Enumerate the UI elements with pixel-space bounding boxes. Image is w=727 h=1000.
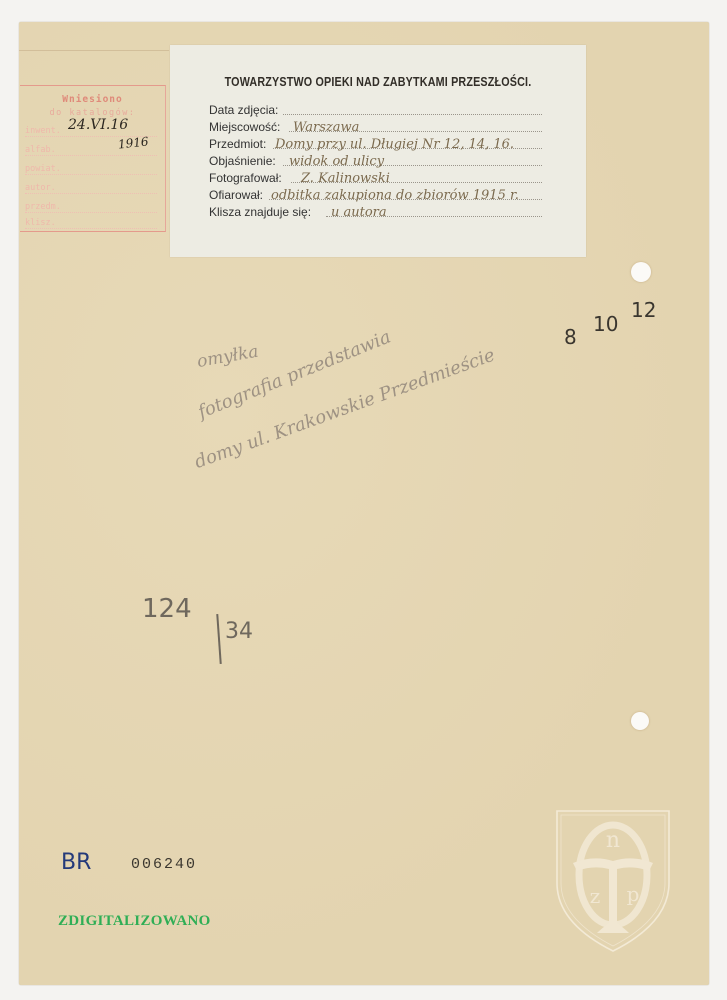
field-label: Przedmiot: bbox=[209, 137, 266, 151]
stamp-row-klisz: klisz. bbox=[25, 218, 157, 229]
field-photographer: Fotografował: Z. Kalinowski bbox=[209, 170, 542, 187]
house-number-8: 8 bbox=[564, 325, 577, 349]
stamp-row-przedm: przedm. bbox=[25, 202, 157, 213]
stamp-title: Wniesiono bbox=[20, 94, 165, 105]
svg-text:z: z bbox=[590, 884, 601, 908]
field-value: Domy przy ul. Długiej Nr 12, 14, 16. bbox=[275, 137, 514, 152]
field-negative-location: Klisza znajduje się: u autora bbox=[209, 204, 542, 221]
catalogue-card: Wniesiono do katalogów: inwent. alfab. p… bbox=[19, 22, 709, 985]
fold-line bbox=[19, 50, 169, 51]
stamp-row-autor: autor. bbox=[25, 183, 157, 194]
field-label: Objaśnienie: bbox=[209, 154, 276, 168]
punch-hole-top bbox=[631, 262, 651, 282]
field-label: Miejscowość: bbox=[209, 120, 280, 134]
field-value: Warszawa bbox=[293, 120, 359, 135]
label-heading: TOWARZYSTWO OPIEKI NAD ZABYTKAMI PRZESZŁ… bbox=[199, 75, 557, 89]
archive-number-sub: 34 bbox=[225, 619, 253, 644]
field-photo-date: Data zdjęcia: bbox=[209, 102, 542, 119]
catalogue-stamp: Wniesiono do katalogów: inwent. alfab. p… bbox=[20, 85, 166, 232]
field-value: u autora bbox=[331, 205, 387, 220]
archive-number-main: 124 bbox=[142, 594, 192, 624]
field-subject: Przedmiot: Domy przy ul. Długiej Nr 12, … bbox=[209, 136, 542, 153]
field-explanation: Objaśnienie: widok od ulicy bbox=[209, 153, 542, 170]
stamp-row-powiat: powiat. bbox=[25, 164, 157, 175]
society-watermark-icon: n z p bbox=[553, 805, 673, 955]
field-label: Fotografował: bbox=[209, 171, 282, 185]
field-label: Klisza znajduje się: bbox=[209, 205, 311, 219]
field-label: Ofiarował: bbox=[209, 188, 263, 202]
house-number-10: 10 bbox=[593, 312, 618, 336]
pencil-note-line1: omyłka bbox=[196, 342, 260, 372]
field-value: odbitka zakupiona do zbiorów 1915 r. bbox=[271, 188, 519, 203]
field-donor: Ofiarował: odbitka zakupiona do zbiorów … bbox=[209, 187, 542, 204]
field-value: Z. Kalinowski bbox=[301, 171, 390, 186]
field-label: Data zdjęcia: bbox=[209, 103, 278, 117]
house-number-12: 12 bbox=[631, 298, 656, 322]
svg-text:p: p bbox=[627, 882, 640, 906]
field-location: Miejscowość: Warszawa bbox=[209, 119, 542, 136]
signature-prefix: BR bbox=[61, 850, 91, 875]
archive-number-separator bbox=[216, 614, 221, 664]
society-label: TOWARZYSTWO OPIEKI NAD ZABYTKAMI PRZESZŁ… bbox=[170, 45, 586, 257]
field-value: widok od ulicy bbox=[289, 154, 384, 169]
stamp-inwent-date: 24.VI.16 bbox=[68, 117, 128, 133]
punch-hole-bottom bbox=[631, 712, 649, 730]
inventory-number: 006240 bbox=[131, 856, 197, 873]
digitized-stamp: ZDIGITALIZOWANO bbox=[58, 913, 211, 930]
svg-text:n: n bbox=[606, 828, 620, 853]
